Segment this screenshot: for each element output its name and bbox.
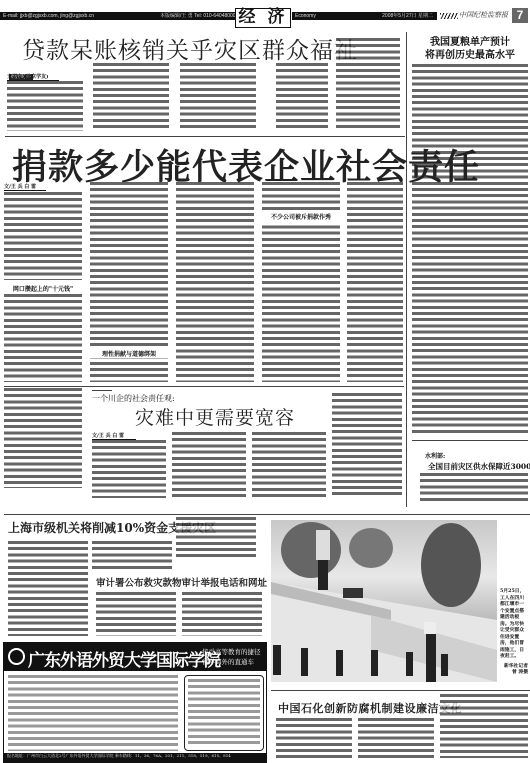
audit-text-col-2 <box>182 592 262 636</box>
photo-credit: 新华社记者 曾 涛摄 <box>500 663 528 676</box>
divider <box>4 514 530 515</box>
donation-text-col-3 <box>176 182 254 382</box>
divider <box>5 136 405 137</box>
shanghai-text-col-2 <box>92 541 172 571</box>
ad-title: 广东外语外贸大学国际学院 <box>28 646 220 671</box>
ad-slogan-line1: 接受高等教育的捷径 <box>202 647 261 657</box>
donation-text-col-1b <box>4 294 82 382</box>
donation-subhead-3: 理性捐献与道德绑架 <box>90 349 168 358</box>
kicker-rule <box>92 390 112 391</box>
shanghai-text-col-3 <box>176 517 256 557</box>
section-title: 经 济 <box>235 8 291 28</box>
section-english: Economy <box>295 13 316 19</box>
issue-date: 2008年5月27日 星期二 <box>382 12 433 20</box>
water-kicker: 水利部: <box>425 451 445 460</box>
ad-slogan: 接受高等教育的捷径 留学海外的直通车 <box>202 647 261 667</box>
ad-slogan-line2: 留学海外的直通车 <box>202 657 261 667</box>
photo-caption: 5月25日，工人在四川都江堰市一个安置点搭建活动板房。为尽快让受灾群众住进安置房… <box>500 588 528 676</box>
news-photo <box>271 520 497 682</box>
ad-header: 广东外语外贸大学国际学院 接受高等教育的捷径 留学海外的直通车 <box>4 643 266 671</box>
tolerance-text-col-3 <box>252 432 326 498</box>
masthead: E-mail: jjxb@zgjsxb.com, jing@zgjsxb.cn … <box>0 8 530 22</box>
loan-headline: 贷款呆账核销关乎灾区群众福祉 <box>22 32 358 65</box>
photo-caption-text: 5月25日，工人在四川都江堰市一个安置点搭建活动板房。为尽快让受灾群众住进安置房… <box>500 588 524 659</box>
divider <box>4 386 404 387</box>
tolerance-byline: 文/王 兵 白 雷 <box>92 432 136 440</box>
loan-text-col-4 <box>276 63 328 131</box>
grain-text <box>412 64 528 436</box>
tolerance-text-col-2 <box>172 432 246 498</box>
ad-footer: 报名地址：广州市白云大道北2号广东外语外贸大学国际学院 乘车路线：11、36、7… <box>4 753 266 763</box>
grain-headline-line1: 我国夏粮单产预计 <box>412 36 528 49</box>
ad-body-text <box>8 675 178 751</box>
donation-text-continued <box>4 388 82 488</box>
loan-text-col-1 <box>7 81 83 131</box>
tolerance-text-col-4 <box>332 393 402 498</box>
grain-headline: 我国夏粮单产预计 将再创历史最高水平 <box>412 36 528 62</box>
donation-text-col-5 <box>347 182 403 382</box>
column-divider <box>406 32 407 507</box>
tolerance-headline: 灾难中更需要宽容 <box>135 403 295 430</box>
decorative-stripes <box>440 13 458 19</box>
sinopec-text-col-1 <box>276 718 352 758</box>
donation-byline: 文/王 兵 白 雷 <box>4 183 46 191</box>
editor-info: 本版编辑/王 勇 Tel: 010-64048000 <box>160 12 236 20</box>
sinopec-headline: 中国石化创新防腐机制建设廉洁文化 <box>278 700 462 716</box>
university-emblem-icon <box>8 648 25 665</box>
contact-email: E-mail: jjxb@zgjsxb.com, jing@zgjsxb.cn <box>3 13 94 19</box>
water-headline: 全国目前灾区供水保障近3000座 <box>428 461 530 472</box>
advertisement[interactable]: 广东外语外贸大学国际学院 接受高等教育的捷径 留学海外的直通车 报名地址：广州市… <box>3 642 267 763</box>
loan-text-col-5 <box>336 38 400 131</box>
shanghai-text-col-1 <box>8 541 88 636</box>
ad-side-text <box>188 679 260 747</box>
donation-text-col-1a <box>4 192 82 280</box>
audit-text-col-1 <box>96 592 176 636</box>
photo-illustration <box>271 520 497 682</box>
divider <box>271 690 530 691</box>
loan-text-col-3 <box>180 63 256 131</box>
water-text <box>420 473 528 503</box>
donation-subhead-1: 网口攒起上的"十元钱" <box>4 284 82 293</box>
sinopec-text-col-3 <box>440 694 528 758</box>
donation-subhead-2: 不少公司被斥捐款作秀 <box>262 210 340 223</box>
divider <box>412 440 528 441</box>
audit-headline: 审计署公布救灾款物审计举报电话和网址 <box>96 575 267 589</box>
ad-side-box <box>184 675 264 751</box>
page-number: 7 <box>512 8 528 23</box>
masthead-bar-right: Economy 2008年5月27日 星期二 <box>292 12 437 20</box>
loan-byline: 文丁山 (北京学友) <box>7 73 59 81</box>
loan-text-col-2 <box>93 63 169 131</box>
sinopec-text-col-2 <box>358 718 434 758</box>
masthead-bar-left: E-mail: jjxb@zgjsxb.com, jing@zgjsxb.cn … <box>0 12 236 20</box>
grain-headline-line2: 将再创历史最高水平 <box>412 49 528 62</box>
paper-logo: 中国纪检监察报 <box>459 10 508 20</box>
tolerance-text-col-1 <box>92 440 166 498</box>
